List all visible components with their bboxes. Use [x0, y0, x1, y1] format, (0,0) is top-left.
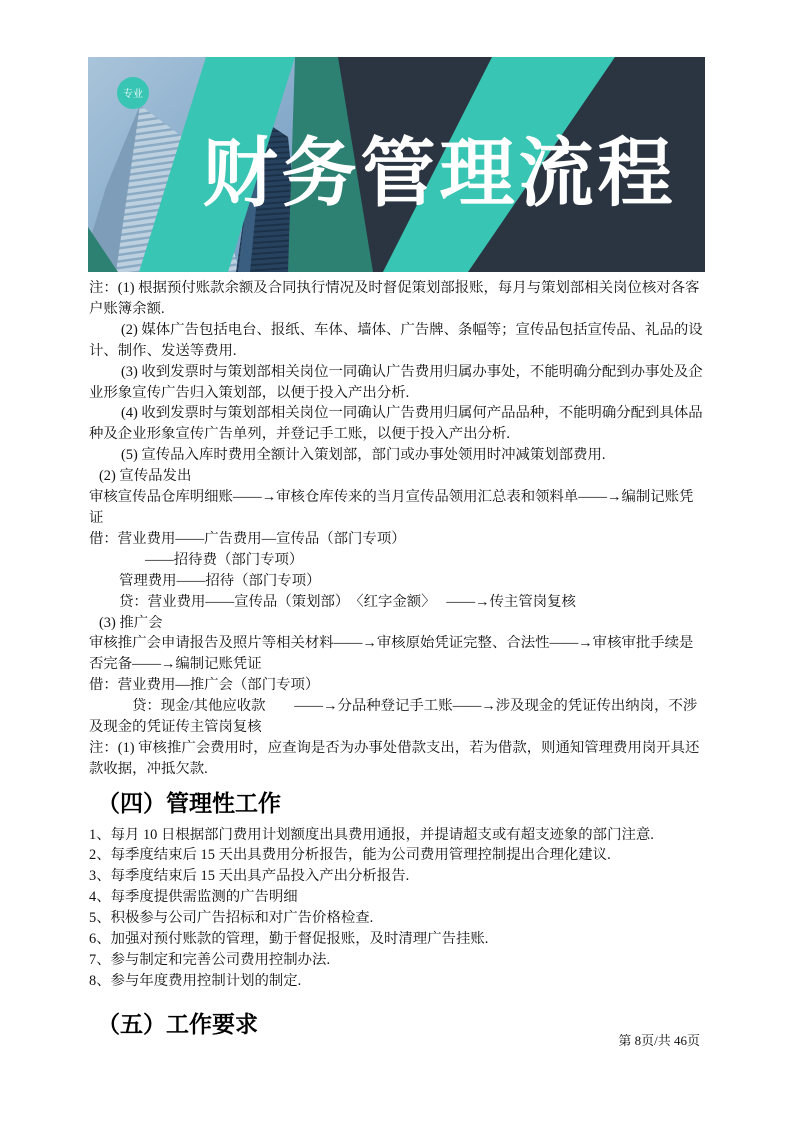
paragraph: (3) 收到发票时与策划部相关岗位一同确认广告费用归属办事处，不能明确分配到办事…	[89, 362, 706, 404]
paragraph: ——招待费（部门专项）	[89, 550, 706, 571]
paragraph: 借：营业费用——广告费用—宣传品（部门专项）	[89, 529, 706, 550]
list-item: 4、每季度提供需监测的广告明细	[89, 887, 706, 908]
banner-image: 专业 财务管理流程	[88, 57, 705, 272]
paragraph: (3) 推广会	[89, 613, 706, 634]
document-body: 注：(1) 根据预付账款余额及合同执行情况及时督促策划部报账，每月与策划部相关岗…	[89, 278, 706, 1046]
paragraph: 审核宣传品仓库明细账——→审核仓库传来的当月宣传品领用汇总表和领料单——→编制记…	[89, 487, 706, 529]
paragraph: (2) 宣传品发出	[89, 466, 706, 487]
section-heading-4: （四）管理性工作	[89, 789, 706, 818]
paragraph: 管理费用——招待（部门专项）	[89, 571, 706, 592]
notes-section: 注：(1) 根据预付账款余额及合同执行情况及时督促策划部报账，每月与策划部相关岗…	[89, 278, 706, 780]
badge-label: 专业	[123, 87, 143, 100]
page-footer: 第 8页/共 46页	[88, 1030, 700, 1049]
list-item: 7、参与制定和完善公司费用控制办法.	[89, 950, 706, 971]
paragraph: (2) 媒体广告包括电台、报纸、车体、墙体、广告牌、条幅等；宣传品包括宣传品、礼…	[89, 320, 706, 362]
list-item: 3、每季度结束后 15 天出具产品投入产出分析报告.	[89, 866, 706, 887]
list-item: 8、参与年度费用控制计划的制定.	[89, 971, 706, 992]
management-tasks-list: 1、每月 10 日根据部门费用计划额度出具费用通报，并提请超支或有超支迹象的部门…	[89, 825, 706, 992]
document-page: 专业 财务管理流程 注：(1) 根据预付账款余额及合同执行情况及时督促策划部报账…	[0, 0, 793, 1122]
paragraph: 注：(1) 根据预付账款余额及合同执行情况及时督促策划部报账，每月与策划部相关岗…	[89, 278, 706, 320]
paragraph: 贷：现金/其他应收款 ——→分品种登记手工账——→涉及现金的凭证传出纳岗，不涉及…	[89, 696, 706, 738]
paragraph: (4) 收到发票时与策划部相关岗位一同确认广告费用归属何产品品种，不能明确分配到…	[89, 403, 706, 445]
page-number: 第 8页/共 46页	[618, 1033, 700, 1048]
paragraph: 注：(1) 审核推广会费用时，应查询是否为办事处借款支出，若为借款，则通知管理费…	[89, 738, 706, 780]
list-item: 2、每季度结束后 15 天出具费用分析报告，能为公司费用管理控制提出合理化建议.	[89, 845, 706, 866]
paragraph: (5) 宣传品入库时费用全额计入策划部，部门或办事处领用时冲减策划部费用.	[89, 445, 706, 466]
paragraph: 借：营业费用—推广会（部门专项）	[89, 675, 706, 696]
list-item: 5、积极参与公司广告招标和对广告价格检查.	[89, 908, 706, 929]
list-item: 1、每月 10 日根据部门费用计划额度出具费用通报，并提请超支或有超支迹象的部门…	[89, 825, 706, 846]
paragraph: 审核推广会申请报告及照片等相关材料——→审核原始凭证完整、合法性——→审核审批手…	[89, 633, 706, 675]
banner-title: 财务管理流程	[180, 133, 699, 214]
paragraph: 贷：营业费用——宣传品（策划部） 〈红字金额〉 ——→传主管岗复核	[89, 592, 706, 613]
list-item: 6、加强对预付账款的管理，勤于督促报账，及时清理广告挂账.	[89, 929, 706, 950]
